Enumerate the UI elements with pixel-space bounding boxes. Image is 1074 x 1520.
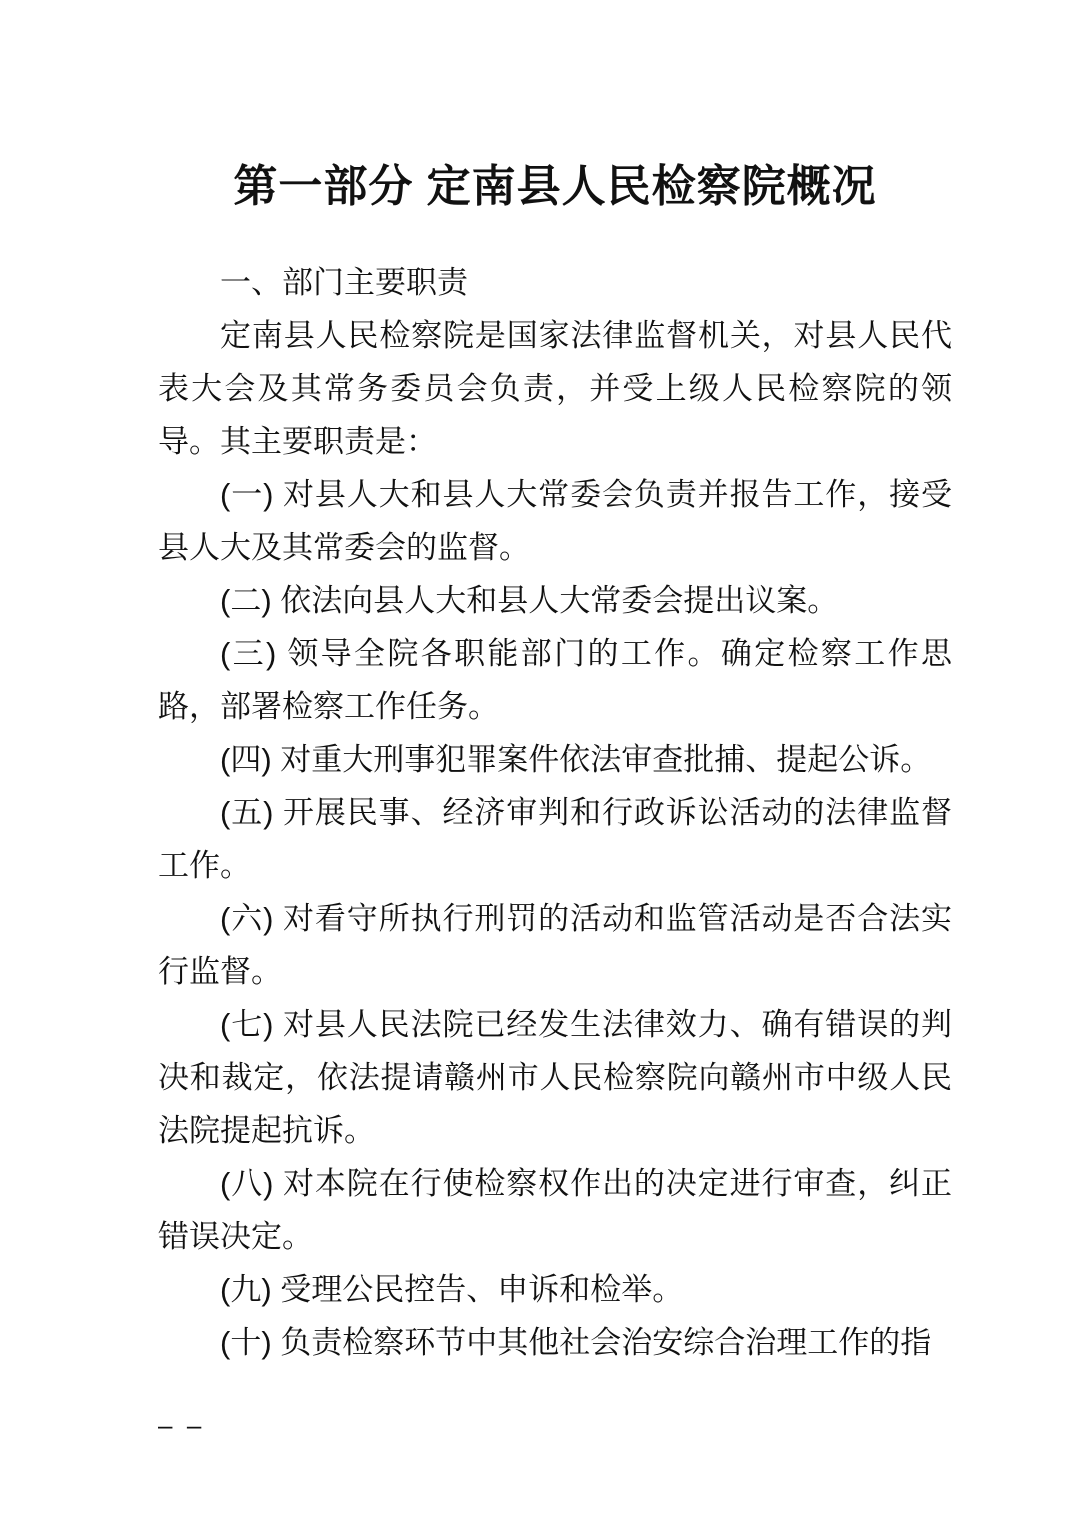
paragraph-item-1: (一) 对县人大和县人大常委会负责并报告工作，接受县人大及其常委会的监督。 [158,468,952,574]
paragraph-item-8: (八) 对本院在行使检察权作出的决定进行审查，纠正错误决定。 [158,1157,952,1263]
body-text: 定南县人民检察院是国家法律监督机关，对县人民代表大会及其常务委员会负责，并受上级… [158,309,952,1369]
paragraph-item-4: (四) 对重大刑事犯罪案件依法审查批捕、提起公诉。 [158,733,952,786]
page-number-footer: – – [158,1410,201,1440]
document-content: 第一部分 定南县人民检察院概况 一、部门主要职责 定南县人民检察院是国家法律监督… [158,156,952,1369]
section-heading: 一、部门主要职责 [158,256,952,309]
paragraph-item-9: (九) 受理公民控告、申诉和检举。 [158,1263,952,1316]
paragraph-intro: 定南县人民检察院是国家法律监督机关，对县人民代表大会及其常务委员会负责，并受上级… [158,309,952,468]
document-page: 第一部分 定南县人民检察院概况 一、部门主要职责 定南县人民检察院是国家法律监督… [0,0,1074,1520]
paragraph-item-10: (十) 负责检察环节中其他社会治安综合治理工作的指 [158,1316,952,1369]
paragraph-item-3: (三) 领导全院各职能部门的工作。确定检察工作思路，部署检察工作任务。 [158,627,952,733]
paragraph-item-2: (二) 依法向县人大和县人大常委会提出议案。 [158,574,952,627]
paragraph-item-7: (七) 对县人民法院已经发生法律效力、确有错误的判决和裁定，依法提请赣州市人民检… [158,998,952,1157]
document-title: 第一部分 定南县人民检察院概况 [158,156,952,218]
paragraph-item-6: (六) 对看守所执行刑罚的活动和监管活动是否合法实行监督。 [158,892,952,998]
paragraph-item-5: (五) 开展民事、经济审判和行政诉讼活动的法律监督工作。 [158,786,952,892]
